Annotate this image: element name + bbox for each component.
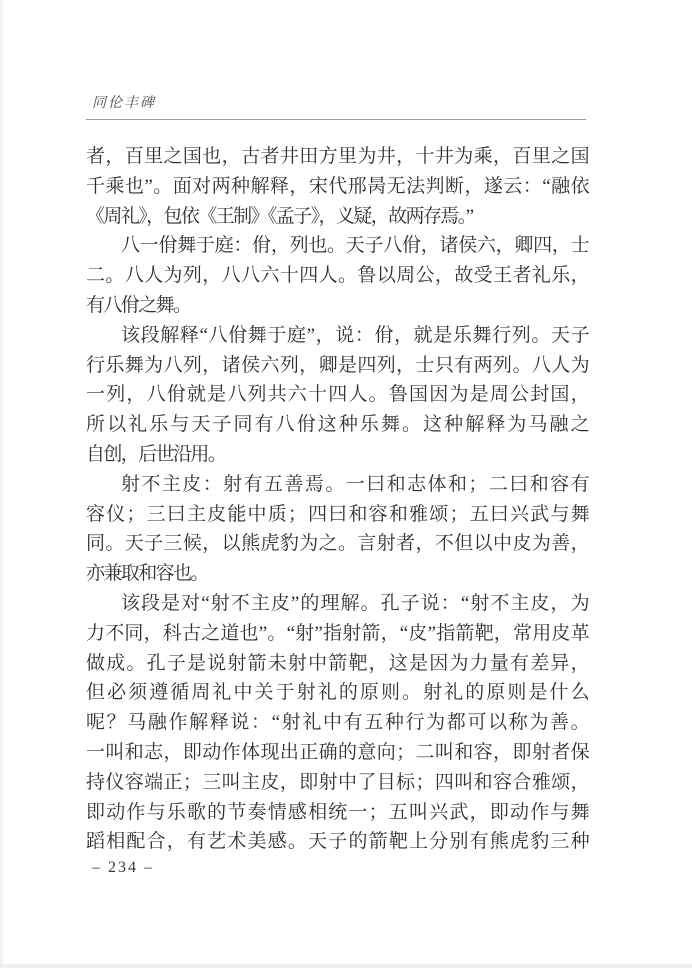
text-line: 八一佾舞于庭：佾，列也。天子八佾，诸侯六，卿四，士: [86, 231, 588, 261]
text-line: 同。天子三候，以熊虎豹为之。言射者，不但以中皮为善，: [86, 529, 588, 559]
running-header: 同伦丰碑: [86, 92, 586, 120]
text-line: 做成。孔子是说射箭未射中箭靶，这是因为力量有差异，: [86, 649, 588, 679]
book-page: 同伦丰碑 者，百里之国也，古者井田方里为井，十井为乘，百里之国千乘也”。面对两种…: [0, 0, 692, 968]
text-line: 千乘也”。面对两种解释，宋代邢昺无法判断，遂云：“融依: [86, 172, 588, 202]
text-line: 射不主皮：射有五善焉。一曰和志体和；二曰和容有: [86, 470, 588, 500]
text-line: 一叫和志，即动作体现出正确的意向；二叫和容，即射者保: [86, 738, 588, 768]
text-line: 《周礼》，包依《王制》《孟子》，义疑，故两存焉。”: [86, 202, 588, 232]
text-line: 亦兼取和容也。: [86, 559, 588, 589]
text-line: 行乐舞为八列，诸侯六列，卿是四列，士只有两列。八人为: [86, 351, 588, 381]
text-line: 蹈相配合，有艺术美感。天子的箭靶上分别有熊虎豹三种: [86, 827, 588, 857]
page-number: – 234 –: [92, 859, 154, 877]
text-line: 该段是对“射不主皮”的理解。孔子说：“射不主皮，为: [86, 589, 588, 619]
running-header-title: 同伦丰碑: [92, 92, 156, 112]
text-line: 呢？马融作解释说：“射礼中有五种行为都可以称为善。: [86, 708, 588, 738]
text-line: 但必须遵循周礼中关于射礼的原则。射礼的原则是什么: [86, 678, 588, 708]
text-line: 即动作与乐歌的节奏情感相统一；五叫兴武，即动作与舞: [86, 798, 588, 828]
text-line: 自创，后世沿用。: [86, 440, 588, 470]
body-text: 者，百里之国也，古者井田方里为井，十井为乘，百里之国千乘也”。面对两种解释，宋代…: [86, 142, 588, 857]
text-line: 所以礼乐与天子同有八佾这种乐舞。这种解释为马融之: [86, 410, 588, 440]
text-line: 力不同，科古之道也”。“射”指射箭，“皮”指箭靶，常用皮革: [86, 619, 588, 649]
text-line: 者，百里之国也，古者井田方里为井，十井为乘，百里之国: [86, 142, 588, 172]
text-line: 持仪容端正；三叫主皮，即射中了目标；四叫和容合雅颂，: [86, 768, 588, 798]
text-line: 容仪；三曰主皮能中质；四曰和容和雅颂；五曰兴武与舞: [86, 500, 588, 530]
text-line: 一列，八佾就是八列共六十四人。鲁国因为是周公封国，: [86, 380, 588, 410]
scan-edge-left: [0, 0, 3, 968]
text-line: 二。八人为列，八八六十四人。鲁以周公，故受王者礼乐，: [86, 261, 588, 291]
text-line: 有八佾之舞。: [86, 291, 588, 321]
text-line: 该段解释“八佾舞于庭”，说：佾，就是乐舞行列。天子: [86, 321, 588, 351]
scan-edge-bottom: [0, 964, 692, 968]
